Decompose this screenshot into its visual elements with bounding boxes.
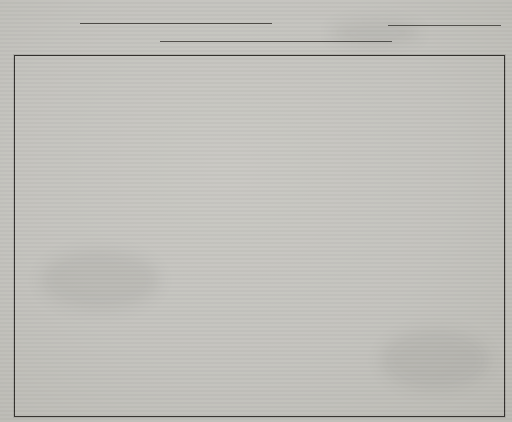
- scan-stain: [40, 250, 160, 310]
- scan-stain: [380, 330, 490, 390]
- land-underline: [80, 23, 272, 24]
- scan-stain: [330, 20, 420, 46]
- scanned-form-page: [0, 0, 512, 422]
